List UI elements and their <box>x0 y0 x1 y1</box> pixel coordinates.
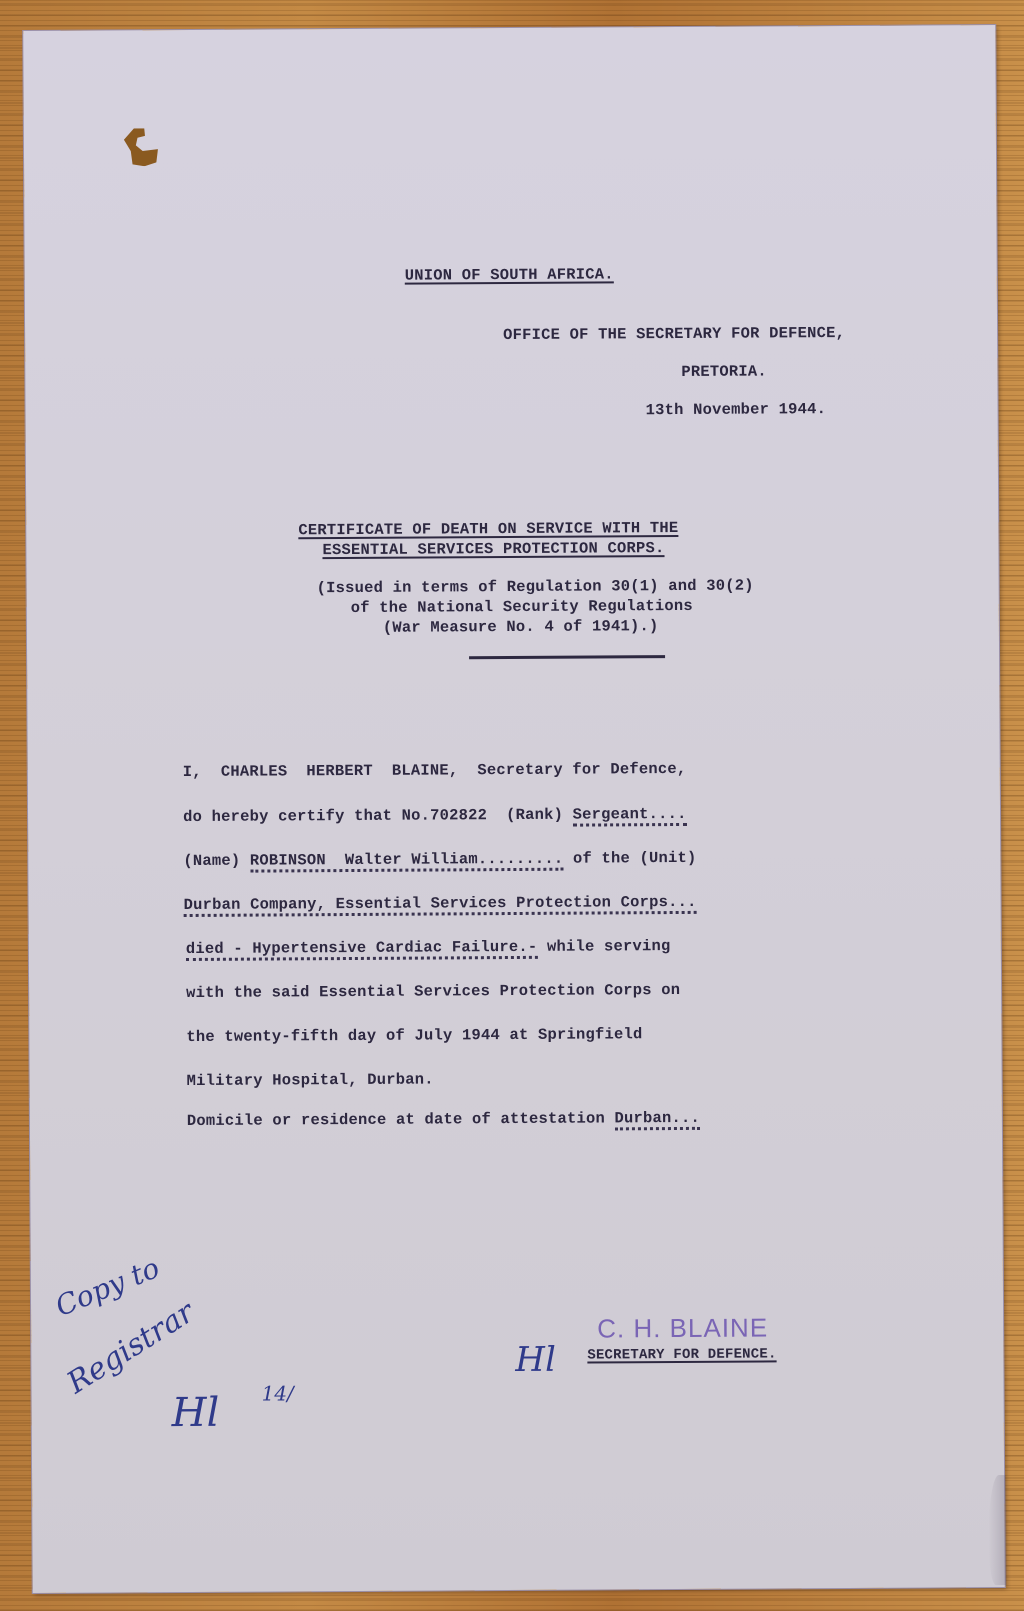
document-date: 13th November 1944. <box>646 400 827 419</box>
handwritten-note-copy-to: Copy to <box>51 1251 164 1323</box>
certificate-paper: UNION OF SOUTH AFRICA. OFFICE OF THE SEC… <box>23 25 1005 1593</box>
punch-hole <box>124 128 158 166</box>
title-line-1: CERTIFICATE OF DEATH ON SERVICE WITH THE <box>298 519 678 539</box>
divider-rule <box>469 655 665 659</box>
body-line-5: died - Hypertensive Cardiac Failure.- wh… <box>186 937 671 958</box>
serving-text: while serving <box>537 937 670 956</box>
subtitle-line-2: of the National Security Regulations <box>351 597 693 617</box>
cause-field: died - Hypertensive Cardiac Failure.- <box>186 938 538 961</box>
deceased-name: ROBINSON Walter William......... <box>250 850 564 873</box>
unit-value: Durban Company, Essential Services Prote… <box>184 893 697 917</box>
name-label: (Name) <box>183 852 240 870</box>
body-line-3: (Name) ROBINSON Walter William......... … <box>183 849 696 870</box>
body-line-8: Military Hospital, Durban. <box>187 1070 434 1090</box>
title-line-2: ESSENTIAL SERVICES PROTECTION CORPS. <box>322 539 664 559</box>
certifier-name: CHARLES HERBERT BLAINE, <box>221 761 459 780</box>
body-line-4: Durban Company, Essential Services Prote… <box>184 893 697 914</box>
unit-label: of the (Unit) <box>573 849 697 868</box>
text-i: I, <box>183 763 202 781</box>
handwritten-date: 14/ <box>261 1381 293 1405</box>
body-line-9: Domicile or residence at date of attesta… <box>187 1109 700 1130</box>
body-line-6: with the said Essential Services Protect… <box>186 981 680 1002</box>
subtitle-line-3: (War Measure No. 4 of 1941).) <box>383 617 659 637</box>
name-stamp: C. H. BLAINE <box>597 1312 768 1344</box>
body-line-7: the twenty-fifth day of July 1944 at Spr… <box>186 1025 642 1046</box>
country-heading: UNION OF SOUTH AFRICA. <box>405 265 614 284</box>
body-line-1: I, CHARLES HERBERT BLAINE, Secretary for… <box>183 760 687 781</box>
domicile-label: Domicile or residence at date of attesta… <box>187 1109 605 1130</box>
certify-text: do hereby certify that No. <box>183 807 430 827</box>
cause-of-death: - Hypertensive Cardiac Failure.- <box>224 938 538 958</box>
handwritten-initials: Hl <box>172 1390 220 1436</box>
office-heading: OFFICE OF THE SECRETARY FOR DEFENCE, <box>503 324 845 344</box>
certifier-title: Secretary for Defence, <box>477 760 686 779</box>
city-heading: PRETORIA. <box>681 362 767 381</box>
died-text: died <box>186 940 224 958</box>
signature-initials: Hl <box>515 1340 556 1380</box>
signatory-title: SECRETARY FOR DEFENCE. <box>587 1346 776 1363</box>
domicile-value: Durban... <box>614 1109 700 1131</box>
service-number: 702822 <box>430 806 487 824</box>
rank-label: (Rank) <box>506 806 563 824</box>
paper-curl <box>988 1475 1007 1585</box>
body-line-2: do hereby certify that No.702822 (Rank) … <box>183 805 687 826</box>
subtitle-line-1: (Issued in terms of Regulation 30(1) and… <box>317 577 754 598</box>
rank-value: Sergeant.... <box>573 805 687 827</box>
